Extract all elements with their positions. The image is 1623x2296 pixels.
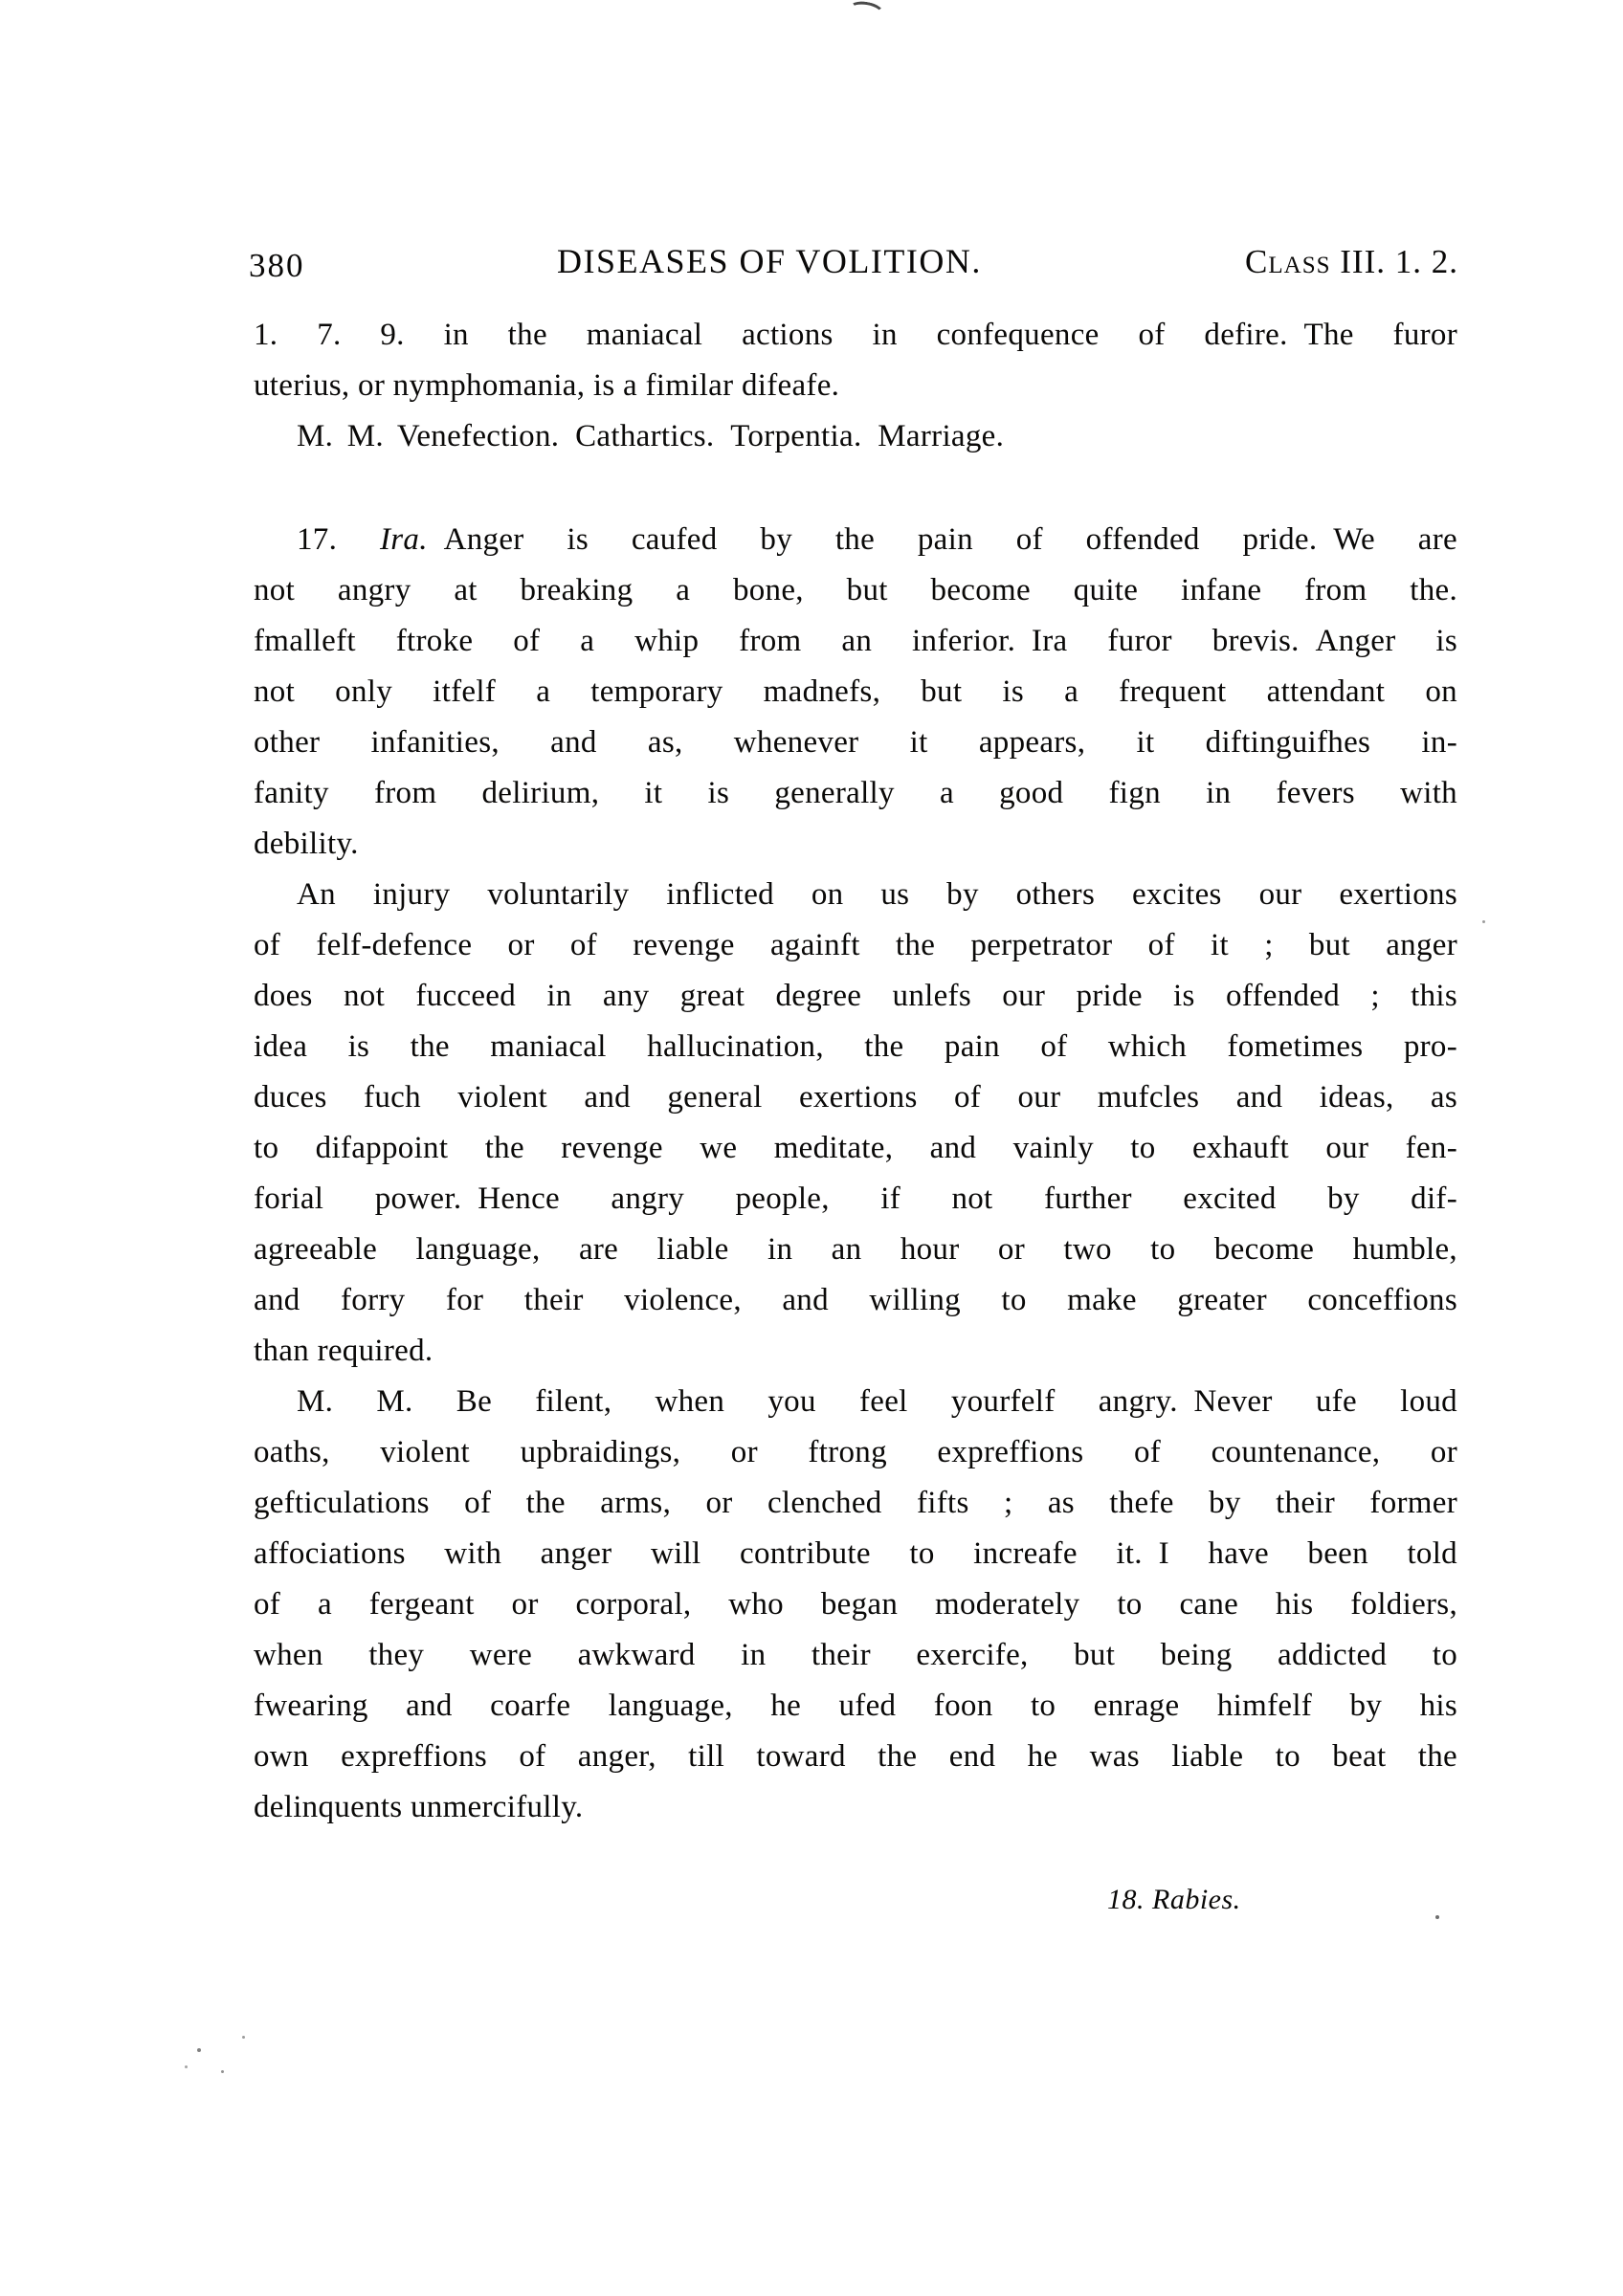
- text-segment: than required.: [254, 1334, 433, 1368]
- class-heading-text: Class III. 1. 2.: [1245, 243, 1458, 280]
- text-line: own expreffions of anger, till toward th…: [254, 1732, 1457, 1782]
- text-segment: fanity from delirium, it is generally a …: [254, 776, 1457, 810]
- text-segment: forial power. Hence angry people, if not…: [254, 1181, 1457, 1216]
- text-line: when they were awkward in their exercife…: [254, 1630, 1457, 1681]
- text-segment: not angry at breaking a bone, but become…: [254, 573, 1457, 607]
- scan-artifact-dot: [185, 2065, 188, 2068]
- text-segment: other infanities, and as, whenever it ap…: [254, 725, 1457, 760]
- text-segment: of a fergeant or corporal, who began mod…: [254, 1587, 1457, 1622]
- text-segment: when they were awkward in their exercife…: [254, 1638, 1457, 1672]
- text-segment: debility.: [254, 827, 359, 861]
- book-page-scan: { "page": { "number": "380", "title": "D…: [0, 0, 1623, 2296]
- text-line: other infanities, and as, whenever it ap…: [254, 717, 1457, 768]
- scan-artifact-dot: [197, 2048, 201, 2052]
- italic-text: Ira.: [380, 522, 428, 557]
- text-line: than required.: [254, 1326, 1457, 1377]
- text-line: of a fergeant or corporal, who began mod…: [254, 1579, 1457, 1630]
- text-segment: 17.: [297, 522, 380, 557]
- text-segment: fwearing and coarfe language, he ufed fo…: [254, 1689, 1457, 1723]
- text-line: does not fucceed in any great degree unl…: [254, 971, 1457, 1022]
- text-segment: of felf-defence or of revenge againft th…: [254, 928, 1457, 962]
- scan-artifact-dot: [242, 2036, 245, 2039]
- text-line: fanity from delirium, it is generally a …: [254, 768, 1457, 819]
- catchword: 18. Rabies.: [1107, 1881, 1457, 1919]
- text-line: fmalleft ftroke of a whip from an inferi…: [254, 616, 1457, 667]
- text-line: 17. Ira. Anger is caufed by the pain of …: [254, 515, 1457, 565]
- paragraph: 1. 7. 9. in the maniacal actions in conf…: [254, 310, 1457, 462]
- text-line: and forry for their violence, and willin…: [254, 1275, 1457, 1326]
- text-line: affociations with anger will contribute …: [254, 1529, 1457, 1579]
- text-segment: uterius, or nymphomania, is a fimilar di…: [254, 368, 839, 403]
- text-segment: agreeable language, are liable in an hou…: [254, 1232, 1457, 1267]
- text-segment: affociations with anger will contribute …: [254, 1536, 1457, 1571]
- text-segment: gefticulations of the arms, or clenched …: [254, 1486, 1457, 1520]
- text-line: duces fuch violent and general exertions…: [254, 1072, 1457, 1123]
- text-segment: not only itfelf a temporary madnefs, but…: [254, 674, 1457, 709]
- text-segment: oaths, violent upbraidings, or ftrong ex…: [254, 1435, 1457, 1469]
- text-segment: delinquents unmercifully.: [254, 1790, 583, 1824]
- text-segment: An injury voluntarily inflicted on us by…: [297, 877, 1457, 912]
- text-segment: 1. 7. 9. in the maniacal actions in conf…: [254, 318, 1457, 352]
- text-line: forial power. Hence angry people, if not…: [254, 1174, 1457, 1225]
- running-title: DISEASES OF VOLITION.: [557, 241, 982, 281]
- text-line: delinquents unmercifully.: [254, 1782, 1457, 1833]
- text-segment: fmalleft ftroke of a whip from an inferi…: [254, 624, 1457, 658]
- paragraph: 17. Ira. Anger is caufed by the pain of …: [254, 515, 1457, 870]
- page-number: 380: [249, 247, 305, 285]
- text-segment: Anger is caufed by the pain of offended …: [428, 522, 1457, 557]
- running-head: 380 DISEASES OF VOLITION. Class III. 1. …: [0, 241, 1623, 291]
- text-line: of felf-defence or of revenge againft th…: [254, 920, 1457, 971]
- text-segment: and forry for their violence, and willin…: [254, 1283, 1457, 1317]
- text-line: to difappoint the revenge we meditate, a…: [254, 1123, 1457, 1174]
- text-line: debility.: [254, 819, 1457, 870]
- scan-artifact-dot: [221, 2070, 224, 2073]
- text-line: M. M. Venefection. Cathartics. Torpentia…: [254, 411, 1457, 462]
- text-line: An injury voluntarily inflicted on us by…: [254, 870, 1457, 920]
- text-segment: duces fuch violent and general exertions…: [254, 1080, 1457, 1115]
- text-segment: does not fucceed in any great degree unl…: [254, 979, 1457, 1013]
- text-segment: idea is the maniacal hallucination, the …: [254, 1029, 1457, 1064]
- class-heading: Class III. 1. 2.: [1245, 243, 1458, 281]
- text-line: idea is the maniacal hallucination, the …: [254, 1022, 1457, 1072]
- text-line: uterius, or nymphomania, is a fimilar di…: [254, 361, 1457, 411]
- text-line: M. M. Be filent, when you feel yourfelf …: [254, 1377, 1457, 1427]
- text-line: fwearing and coarfe language, he ufed fo…: [254, 1681, 1457, 1732]
- scan-artifact-squiggle: [847, 0, 886, 24]
- text-line: gefticulations of the arms, or clenched …: [254, 1478, 1457, 1529]
- text-line: oaths, violent upbraidings, or ftrong ex…: [254, 1427, 1457, 1478]
- text-line: not only itfelf a temporary madnefs, but…: [254, 667, 1457, 717]
- text-segment: own expreffions of anger, till toward th…: [254, 1739, 1457, 1774]
- text-segment: M. M. Be filent, when you feel yourfelf …: [297, 1384, 1457, 1419]
- text-segment: M. M. Venefection. Cathartics. Torpentia…: [297, 419, 1004, 453]
- scan-artifact-dot: [1482, 920, 1485, 923]
- paragraph: An injury voluntarily inflicted on us by…: [254, 870, 1457, 1377]
- text-block: 1. 7. 9. in the maniacal actions in conf…: [254, 310, 1457, 1919]
- text-segment: to difappoint the revenge we meditate, a…: [254, 1131, 1457, 1165]
- paragraph: M. M. Be filent, when you feel yourfelf …: [254, 1377, 1457, 1833]
- text-line: agreeable language, are liable in an hou…: [254, 1225, 1457, 1275]
- text-line: not angry at breaking a bone, but become…: [254, 565, 1457, 616]
- text-line: 1. 7. 9. in the maniacal actions in conf…: [254, 310, 1457, 361]
